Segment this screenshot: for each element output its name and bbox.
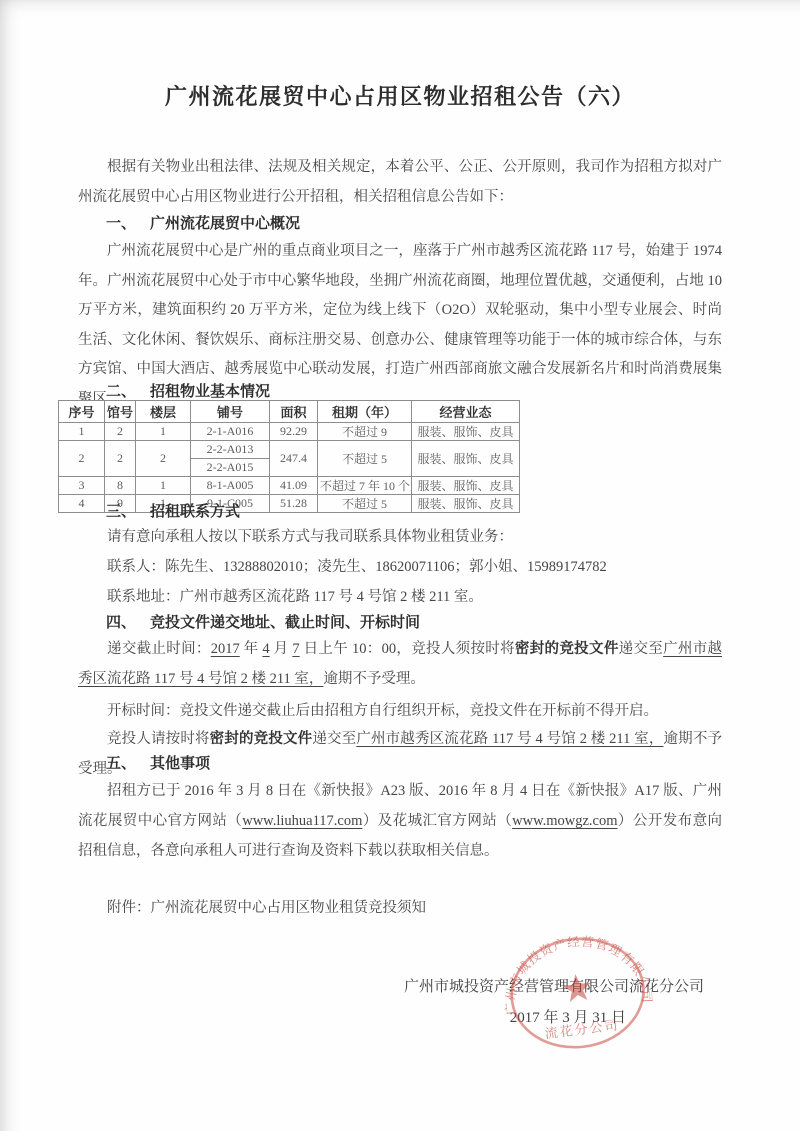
col-header-business: 经营业态	[412, 401, 520, 423]
publication-text: ）及花城汇官方网站（	[362, 813, 512, 829]
delivery-address-underlined: 广州市越秀区流花路 117 号 4 号馆 2 楼 211 室，	[356, 731, 663, 747]
deadline-paragraph: 递交截止时间：2017 年 4 月 7 日上午 10：00，竞投人须按时将密封的…	[78, 634, 722, 694]
deadline-text: 逾期不予受理。	[323, 671, 425, 687]
col-header-floor: 楼层	[136, 401, 191, 423]
cell-shop: 2-2-A013	[191, 441, 270, 459]
deadline-label: 递交截止时间：	[107, 641, 211, 657]
cell-no: 2	[59, 441, 105, 477]
cell-area: 247.4	[270, 441, 318, 477]
table-header-row: 序号 馆号 楼层 铺号 面积 租期（年） 经营业态	[59, 401, 520, 423]
section-3-heading: 三、招租联系方式	[78, 500, 722, 524]
intro-paragraph: 根据有关物业出租法律、法规及相关规定，本着公平、公正、公开原则，我司作为招租方拟…	[78, 152, 722, 212]
table-row: 3 8 1 8-1-A005 41.09 不超过 7 年 10 个月 服装、服饰…	[59, 477, 520, 495]
liuhua-website-link: www.liuhua117.com	[242, 813, 362, 829]
section-2-title: 招租物业基本情况	[150, 384, 270, 400]
property-table-wrapper: 序号 馆号 楼层 铺号 面积 租期（年） 经营业态 1 2 1 2-1-A016…	[58, 400, 520, 513]
deadline-text: 递交至	[619, 641, 663, 657]
cell-no: 3	[59, 477, 105, 495]
cell-hall: 8	[105, 477, 136, 495]
cell-term: 不超过 9	[318, 423, 412, 441]
col-header-area: 面积	[270, 401, 318, 423]
opening-paragraph: 开标时间：竞投文件递交截止后由招租方自行组织开标，竞投文件在开标前不得开启。	[78, 696, 722, 726]
cell-hall: 2	[105, 441, 136, 477]
cell-hall: 2	[105, 423, 136, 441]
cell-floor: 1	[136, 477, 191, 495]
section-5-heading: 五、其他事项	[78, 752, 722, 776]
section-4-title: 竞投文件递交地址、截止时间、开标时间	[150, 615, 420, 631]
cell-term: 不超过 5	[318, 441, 412, 477]
deadline-text: 日上午 10：00，竞投人须按时将	[300, 641, 515, 657]
cell-floor: 1	[136, 423, 191, 441]
cell-term: 不超过 7 年 10 个月	[318, 477, 412, 495]
deadline-text: 月	[270, 641, 293, 657]
cell-shop: 2-1-A016	[191, 423, 270, 441]
submission-text: 递交至	[312, 731, 356, 747]
company-seal: 广州市城投资产经营管理有限公司 流花分公司	[496, 924, 660, 1067]
col-header-term: 租期（年）	[318, 401, 412, 423]
section-5-title: 其他事项	[150, 756, 210, 772]
deadline-month: 4	[262, 641, 269, 657]
cell-area: 41.09	[270, 477, 318, 495]
col-header-shop: 铺号	[191, 401, 270, 423]
section-3-title: 招租联系方式	[150, 504, 240, 520]
cell-floor: 2	[136, 441, 191, 477]
col-header-no: 序号	[59, 401, 105, 423]
section-4-heading: 四、竞投文件递交地址、截止时间、开标时间	[78, 611, 722, 635]
section-2-number: 二、	[106, 384, 136, 400]
submission-text: 竞投人请按时将	[107, 731, 210, 747]
document-page: 广州流花展贸中心占用区物业招租公告（六） 根据有关物业出租法律、法规及相关规定，…	[0, 0, 800, 1131]
section-1-title: 广州流花展贸中心概况	[150, 216, 300, 232]
deadline-day: 7	[292, 641, 299, 657]
table-row: 1 2 1 2-1-A016 92.29 不超过 9 服装、服饰、皮具	[59, 423, 520, 441]
document-title: 广州流花展贸中心占用区物业招租公告（六）	[78, 80, 722, 111]
table-row: 2 2 2 2-2-A013 247.4 不超过 5 服装、服饰、皮具	[59, 441, 520, 459]
mowgz-website-link: www.mowgz.com	[512, 813, 617, 829]
section-4-number: 四、	[106, 615, 136, 631]
section-1-number: 一、	[106, 216, 136, 232]
section-5-number: 五、	[106, 756, 136, 772]
cell-shop: 8-1-A005	[191, 477, 270, 495]
publication-paragraph: 招租方已于 2016 年 3 月 8 日在《新快报》A23 版、2016 年 8…	[78, 776, 722, 866]
contact-intro: 请有意向承租人按以下联系方式与我司联系具体物业租赁业务：	[78, 522, 722, 552]
cell-business: 服装、服饰、皮具	[412, 423, 520, 441]
deadline-year: 2017	[211, 641, 240, 657]
section-1-heading: 一、广州流花展贸中心概况	[78, 212, 722, 236]
cell-business: 服装、服饰、皮具	[412, 477, 520, 495]
section-3-number: 三、	[106, 504, 136, 520]
contact-address: 联系地址：广州市越秀区流花路 117 号 4 号馆 2 楼 211 室。	[78, 582, 722, 612]
sealed-documents-bold: 密封的竞投文件	[210, 731, 313, 747]
contact-block: 请有意向承租人按以下联系方式与我司联系具体物业租赁业务： 联系人：陈先生、132…	[78, 522, 722, 612]
col-header-hall: 馆号	[105, 401, 136, 423]
cell-area: 92.29	[270, 423, 318, 441]
deadline-text: 年	[240, 641, 263, 657]
cell-no: 1	[59, 423, 105, 441]
cell-shop: 2-2-A015	[191, 459, 270, 477]
property-table: 序号 馆号 楼层 铺号 面积 租期（年） 经营业态 1 2 1 2-1-A016…	[58, 400, 520, 513]
attachment-note: 附件：广州流花展贸中心占用区物业租赁竞投须知	[78, 893, 722, 923]
cell-business: 服装、服饰、皮具	[412, 441, 520, 477]
company-signature: 广州市城投资产经营管理有限公司流花分公司	[78, 975, 722, 996]
contact-persons: 联系人：陈先生、13288802010；凌先生、18620071106；郭小姐、…	[78, 552, 722, 582]
signature-date: 2017 年 3 月 31 日	[78, 1006, 722, 1027]
sealed-documents-bold: 密封的竞投文件	[515, 641, 619, 657]
